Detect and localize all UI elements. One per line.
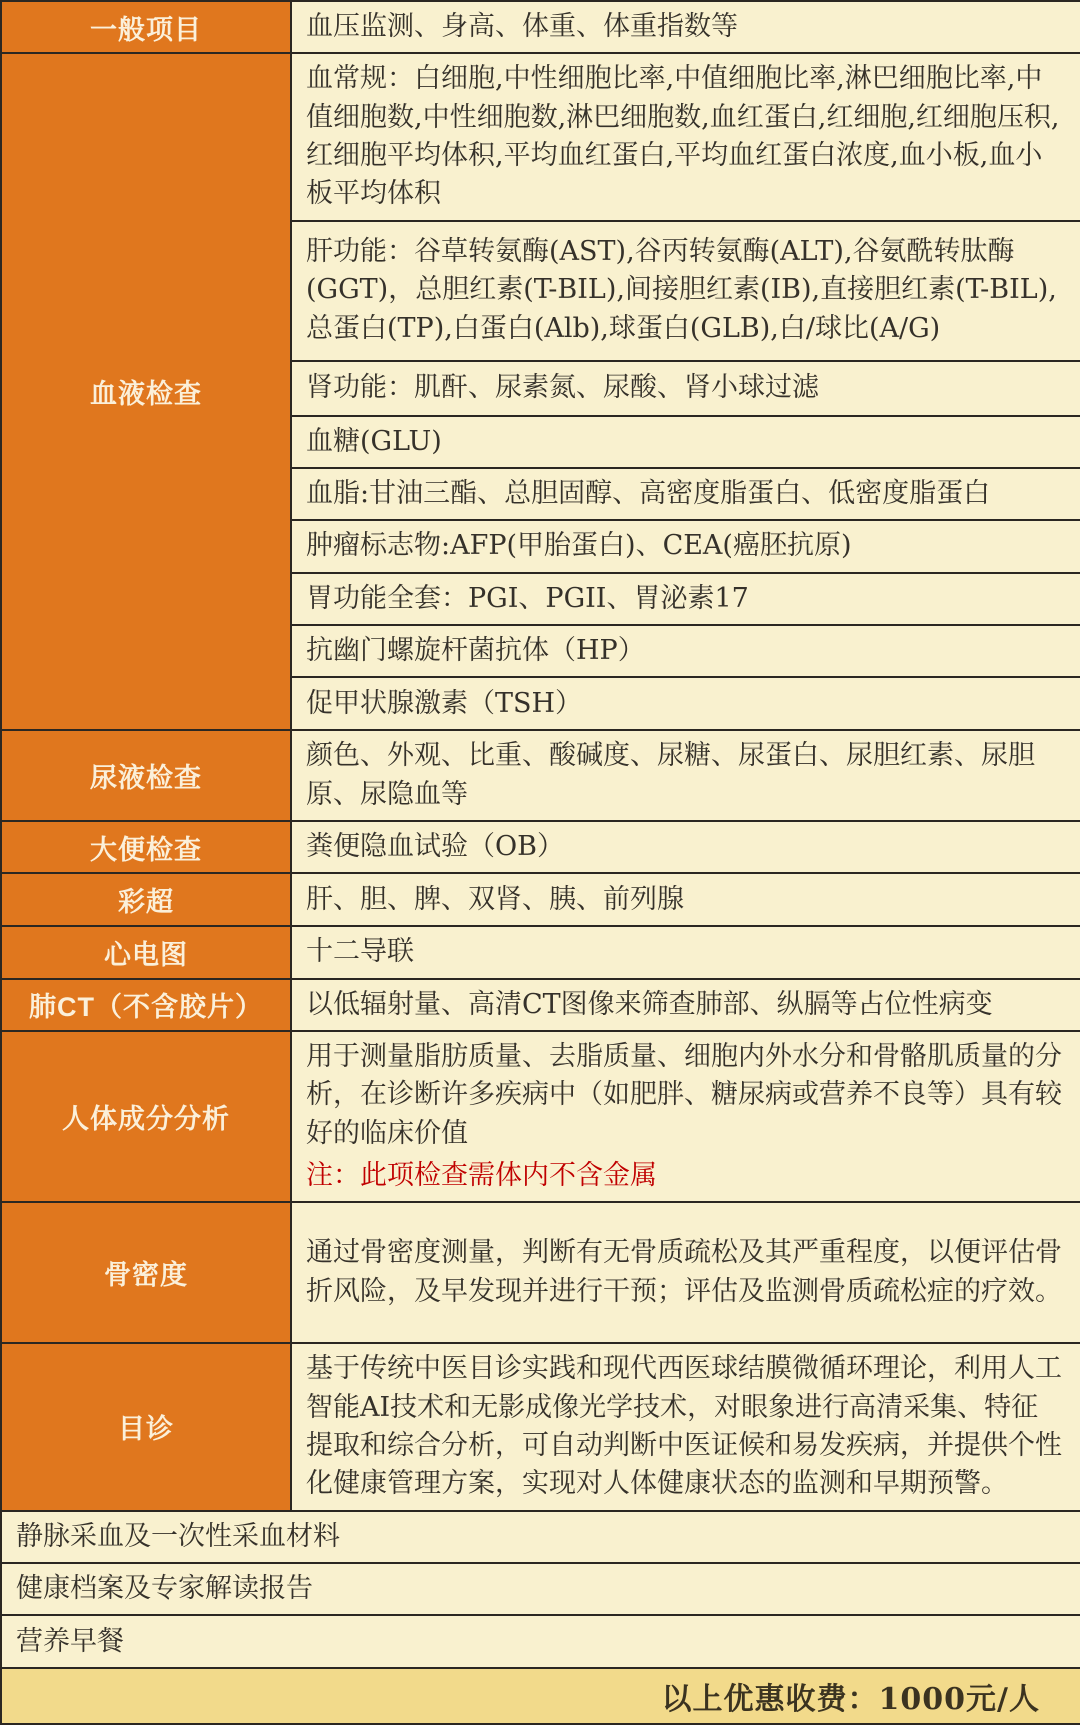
detail-blood-routine: 血常规：白细胞,中性细胞比率,中值细胞比率,淋巴细胞比率,中值细胞数,中性细胞数… [291,53,1080,220]
detail-hp-antibody: 抗幽门螺旋杆菌抗体（HP） [291,625,1080,677]
row-ecg: 心电图 十二导联 [1,926,1080,978]
detail-bone-density: 通过骨密度测量，判断有无骨质疏松及其严重程度，以便评估骨折风险，及早发现并进行干… [291,1202,1080,1343]
category-ultrasound: 彩超 [1,873,291,926]
detail-eye-diagnosis: 基于传统中医目诊实践和现代西医球结膜微循环理论，利用人工智能AI技术和无影成像光… [291,1343,1080,1510]
total-price-text: 以上优惠收费：1000元/人 [1,1668,1080,1724]
row-blood-draw-materials: 静脉采血及一次性采血材料 [1,1511,1080,1563]
detail-gastric-function: 胃功能全套：PGI、PGII、胃泌素17 [291,573,1080,625]
row-urine-test: 尿液检查 颜色、外观、比重、酸碱度、尿糖、尿蛋白、尿胆红素、尿胆原、尿隐血等 [1,730,1080,821]
category-blood-test: 血液检查 [1,53,291,730]
row-nutrition-breakfast: 营养早餐 [1,1615,1080,1668]
detail-blood-lipids: 血脂:甘油三酯、总胆固醇、高密度脂蛋白、低密度脂蛋白 [291,468,1080,520]
health-record-report-text: 健康档案及专家解读报告 [1,1563,1080,1615]
category-eye-diagnosis: 目诊 [1,1343,291,1510]
category-body-composition: 人体成分分析 [1,1031,291,1202]
detail-tumor-markers: 肿瘤标志物:AFP(甲胎蛋白)、CEA(癌胚抗原) [291,520,1080,572]
detail-urine-test: 颜色、外观、比重、酸碱度、尿糖、尿蛋白、尿胆红素、尿胆原、尿隐血等 [291,730,1080,821]
detail-body-composition: 用于测量脂肪质量、去脂质量、细胞内外水分和骨骼肌质量的分析，在诊断许多疾病中（如… [291,1031,1080,1202]
row-lung-ct: 肺CT（不含胶片） 以低辐射量、高清CT图像来筛查肺部、纵膈等占位性病变 [1,979,1080,1031]
detail-ultrasound: 肝、胆、脾、双肾、胰、前列腺 [291,873,1080,926]
category-lung-ct: 肺CT（不含胶片） [1,979,291,1031]
row-blood-routine: 血液检查 血常规：白细胞,中性细胞比率,中值细胞比率,淋巴细胞比率,中值细胞数,… [1,53,1080,220]
body-composition-text: 用于测量脂肪质量、去脂质量、细胞内外水分和骨骼肌质量的分析，在诊断许多疾病中（如… [306,1041,1062,1149]
nutrition-breakfast-text: 营养早餐 [1,1615,1080,1668]
checkup-package-table: 一般项目 血压监测、身高、体重、体重指数等 血液检查 血常规：白细胞,中性细胞比… [0,0,1080,1725]
row-bone-density: 骨密度 通过骨密度测量，判断有无骨质疏松及其严重程度，以便评估骨折风险，及早发现… [1,1202,1080,1343]
category-stool-test: 大便检查 [1,821,291,873]
detail-ecg: 十二导联 [291,926,1080,978]
row-total-price: 以上优惠收费：1000元/人 [1,1668,1080,1724]
row-ultrasound: 彩超 肝、胆、脾、双肾、胰、前列腺 [1,873,1080,926]
row-stool-test: 大便检查 粪便隐血试验（OB） [1,821,1080,873]
category-ecg: 心电图 [1,926,291,978]
row-general: 一般项目 血压监测、身高、体重、体重指数等 [1,1,1080,53]
category-urine-test: 尿液检查 [1,730,291,821]
row-health-record-report: 健康档案及专家解读报告 [1,1563,1080,1615]
detail-stool-test: 粪便隐血试验（OB） [291,821,1080,873]
detail-liver-function: 肝功能：谷草转氨酶(AST),谷丙转氨酶(ALT),谷氨酰转肽酶(GGT)，总胆… [291,221,1080,361]
detail-lung-ct: 以低辐射量、高清CT图像来筛查肺部、纵膈等占位性病变 [291,979,1080,1031]
row-eye-diagnosis: 目诊 基于传统中医目诊实践和现代西医球结膜微循环理论，利用人工智能AI技术和无影… [1,1343,1080,1510]
detail-general: 血压监测、身高、体重、体重指数等 [291,1,1080,53]
detail-tsh: 促甲状腺激素（TSH） [291,677,1080,730]
metal-warning-note: 注：此项检查需体内不含金属 [306,1157,1064,1195]
detail-kidney-function: 肾功能：肌酐、尿素氮、尿酸、肾小球过滤 [291,361,1080,416]
category-general: 一般项目 [1,1,291,53]
row-body-composition: 人体成分分析 用于测量脂肪质量、去脂质量、细胞内外水分和骨骼肌质量的分析，在诊断… [1,1031,1080,1202]
category-bone-density: 骨密度 [1,1202,291,1343]
detail-blood-glucose: 血糖(GLU) [291,416,1080,468]
blood-draw-materials-text: 静脉采血及一次性采血材料 [1,1511,1080,1563]
